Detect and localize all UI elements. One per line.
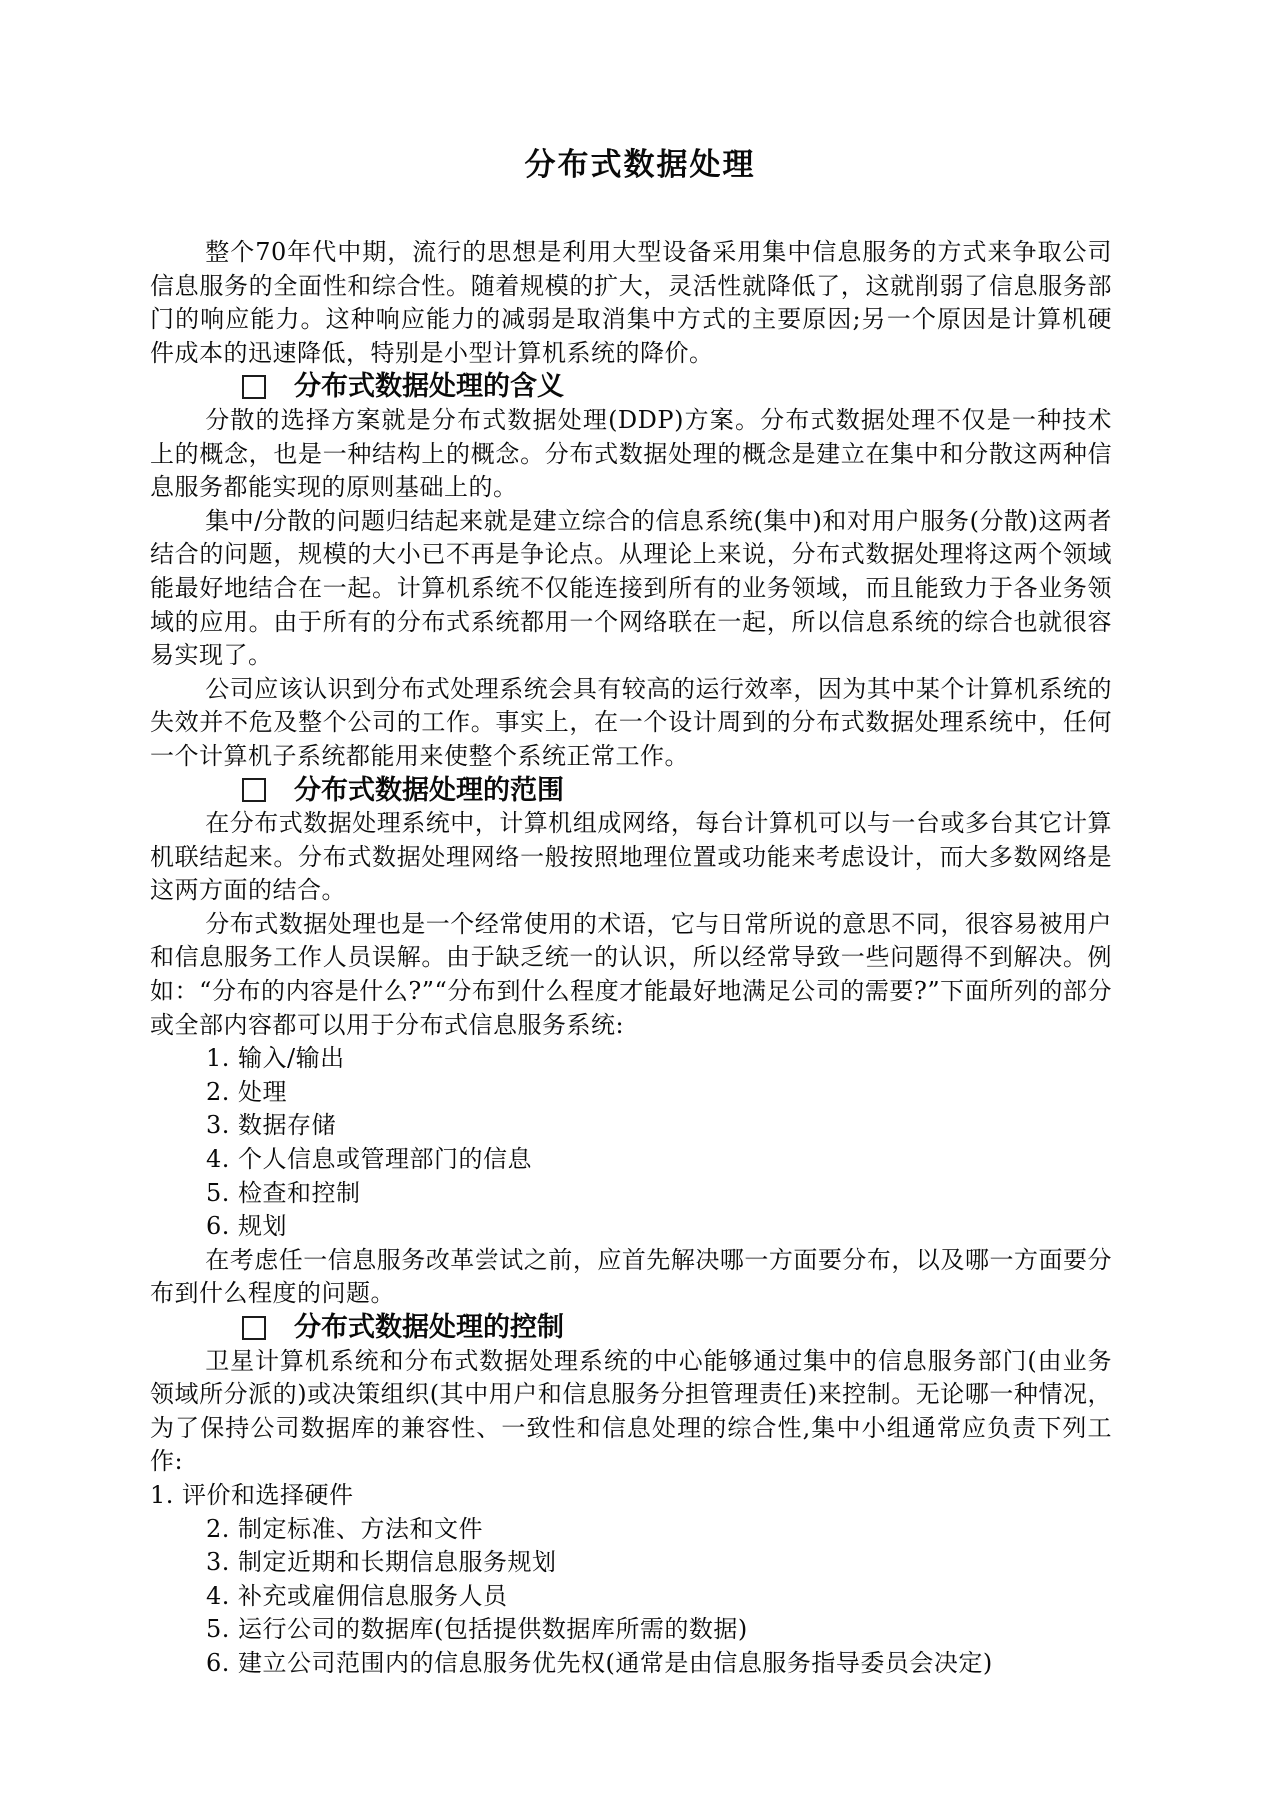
paragraph: 在考虑任一信息服务改革尝试之前，应首先解决哪一方面要分布，以及哪一方面要分布到什…: [150, 1244, 1112, 1311]
list-item: 2. 制定标准、方法和文件: [150, 1513, 1112, 1547]
paragraph: 卫星计算机系统和分布式数据处理系统的中心能够通过集中的信息服务部门(由业务领域所…: [150, 1345, 1112, 1479]
list-item: 1. 输入/输出: [150, 1042, 1112, 1076]
list-item: 3. 数据存储: [150, 1109, 1112, 1143]
list-item: 6. 建立公司范围内的信息服务优先权(通常是由信息服务指导委员会决定): [150, 1647, 1112, 1681]
section-heading-text: 分布式数据处理的控制: [294, 1311, 564, 1345]
paragraph: 在分布式数据处理系统中，计算机组成网络，每台计算机可以与一台或多台其它计算机联结…: [150, 807, 1112, 908]
document-page: 分布式数据处理 整个70年代中期，流行的思想是利用大型设备采用集中信息服务的方式…: [0, 0, 1280, 1810]
list-item: 3. 制定近期和长期信息服务规划: [150, 1546, 1112, 1580]
section-heading: 分布式数据处理的含义: [150, 370, 1112, 404]
paragraph: 集中/分散的问题归结起来就是建立综合的信息系统(集中)和对用户服务(分散)这两者…: [150, 505, 1112, 673]
list-item: 1. 评价和选择硬件: [150, 1479, 1112, 1513]
section-heading-text: 分布式数据处理的范围: [294, 774, 564, 808]
document-body: 整个70年代中期，流行的思想是利用大型设备采用集中信息服务的方式来争取公司信息服…: [150, 236, 1112, 1681]
section-heading: 分布式数据处理的控制: [150, 1311, 1112, 1345]
section-heading-text: 分布式数据处理的含义: [294, 370, 564, 404]
page-title: 分布式数据处理: [0, 146, 1280, 184]
paragraph: 分布式数据处理也是一个经常使用的术语，它与日常所说的意思不同，很容易被用户和信息…: [150, 908, 1112, 1042]
list-item: 5. 运行公司的数据库(包括提供数据库所需的数据): [150, 1613, 1112, 1647]
paragraph: 公司应该认识到分布式处理系统会具有较高的运行效率，因为其中某个计算机系统的失效并…: [150, 673, 1112, 774]
list-item: 6. 规划: [150, 1210, 1112, 1244]
paragraph: 分散的选择方案就是分布式数据处理(DDP)方案。分布式数据处理不仅是一种技术上的…: [150, 404, 1112, 505]
section-bullet-square-icon: [242, 1316, 266, 1340]
section-heading: 分布式数据处理的范围: [150, 774, 1112, 808]
list-item: 2. 处理: [150, 1076, 1112, 1110]
list-item: 5. 检查和控制: [150, 1177, 1112, 1211]
paragraph: 整个70年代中期，流行的思想是利用大型设备采用集中信息服务的方式来争取公司信息服…: [150, 236, 1112, 370]
list-item: 4. 个人信息或管理部门的信息: [150, 1143, 1112, 1177]
section-bullet-square-icon: [242, 375, 266, 399]
section-bullet-square-icon: [242, 778, 266, 802]
list-item: 4. 补充或雇佣信息服务人员: [150, 1580, 1112, 1614]
